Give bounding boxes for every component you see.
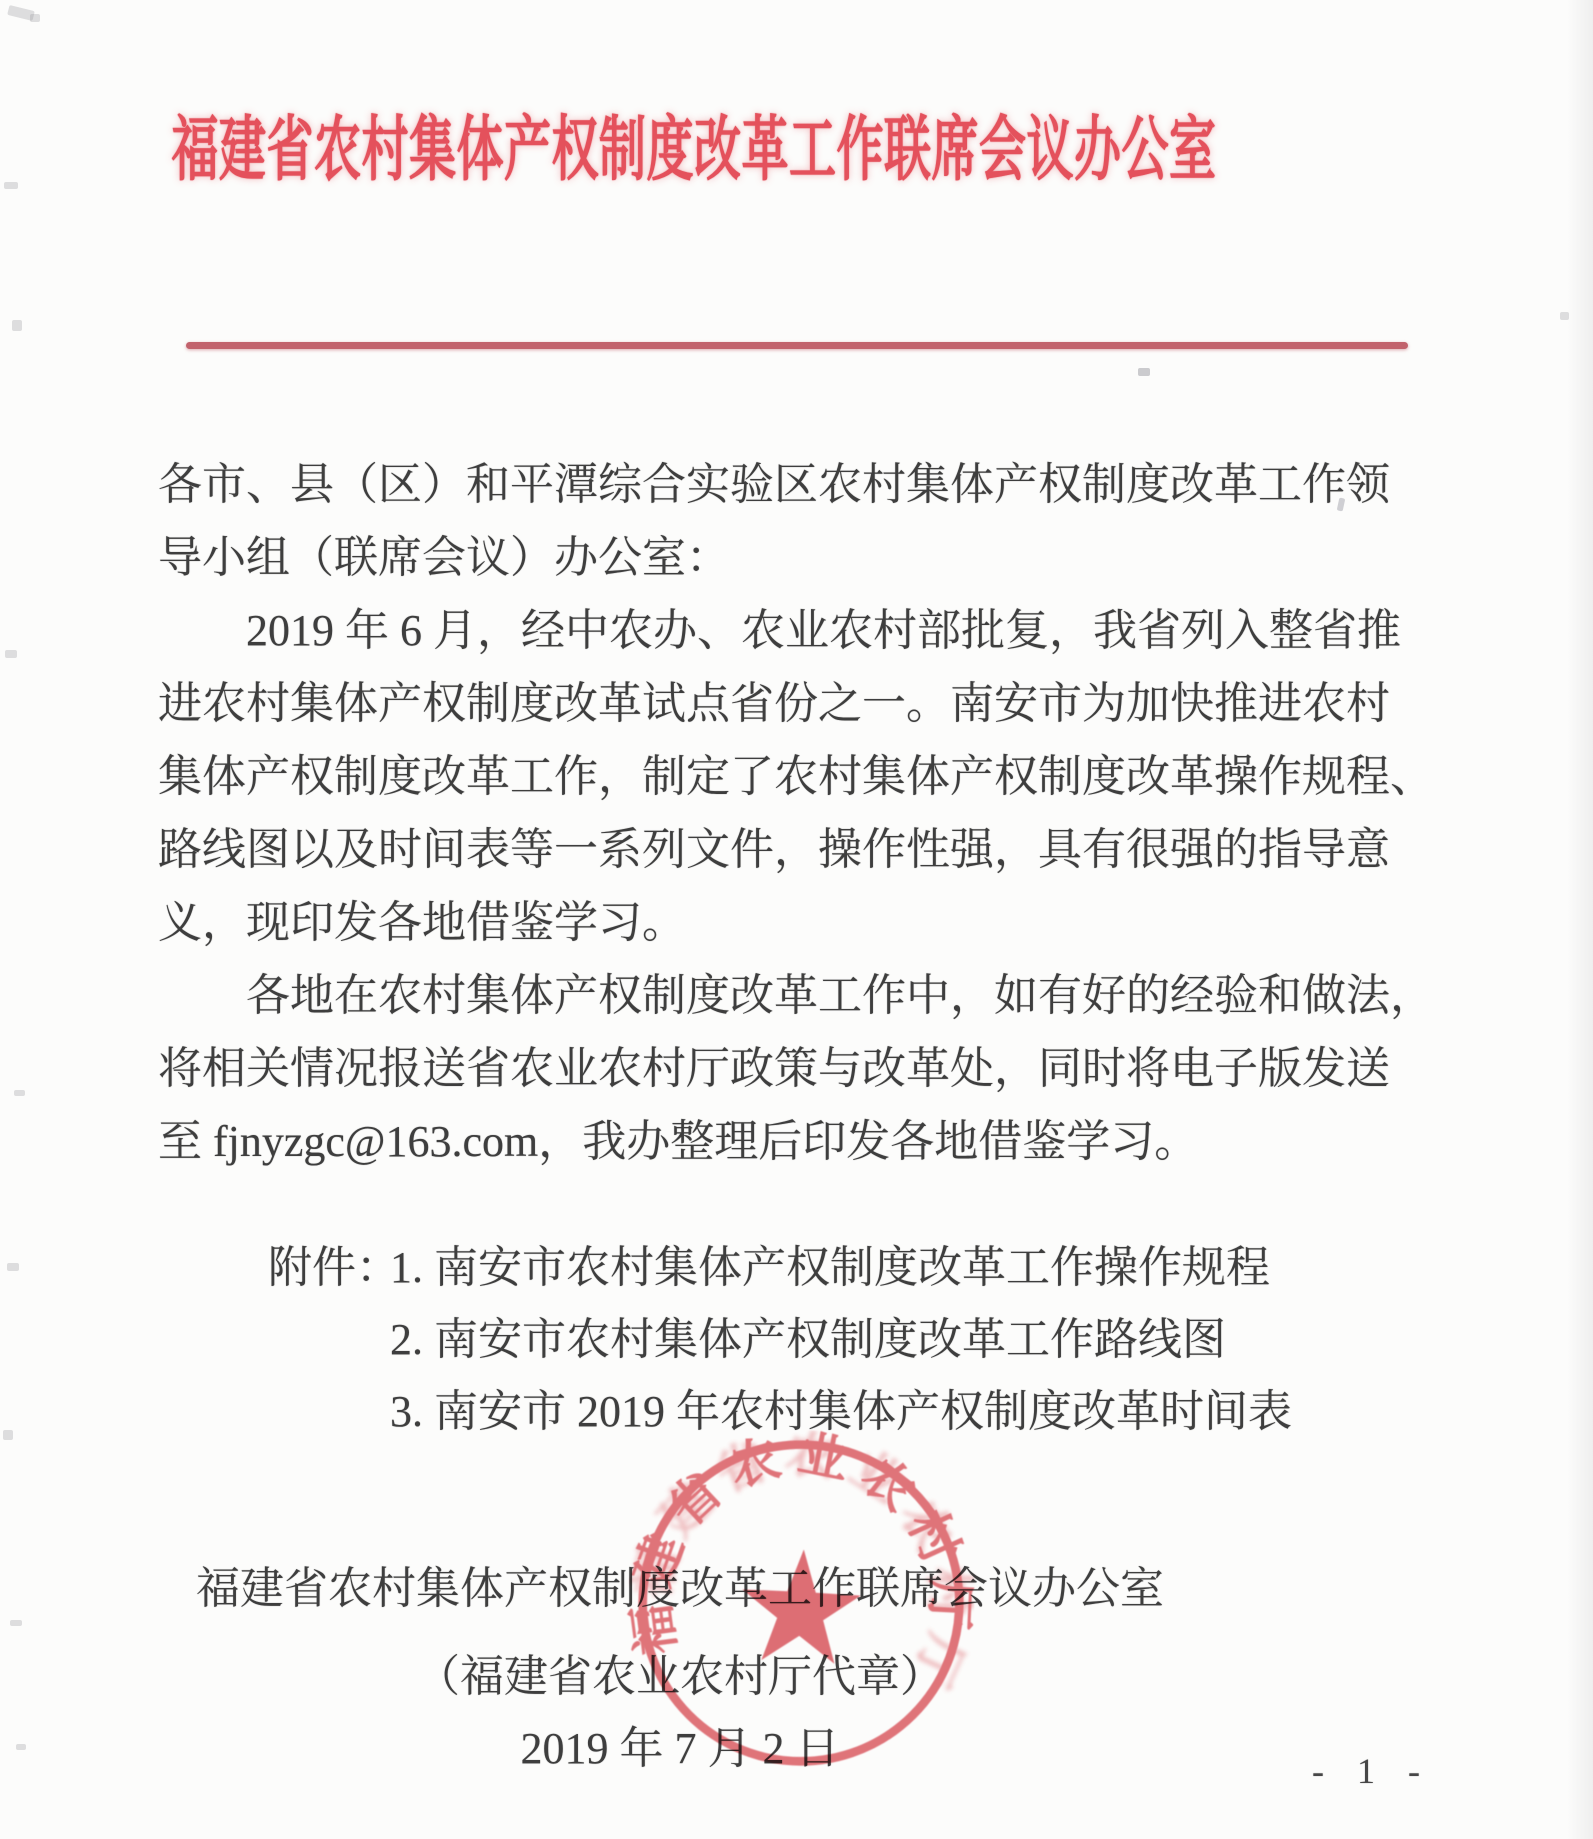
header-rule — [186, 342, 1408, 349]
body-line: 进农村集体产权制度改革试点省份之一。南安市为加快推进农村 — [158, 667, 1408, 740]
attachment-row: 附件：1. 南安市农村集体产权制度改革工作操作规程 — [268, 1232, 1418, 1304]
body-line: 集体产权制度改革工作，制定了农村集体产权制度改革操作规程、 — [158, 740, 1408, 813]
body-line: 路线图以及时间表等一系列文件，操作性强，具有很强的指导意 — [158, 813, 1408, 886]
scan-smudge — [30, 14, 40, 22]
stamp-circular-text: 福建省农业农村厅 — [619, 1421, 983, 1676]
attachments-section: 附件：1. 南安市农村集体产权制度改革工作操作规程 2. 南安市农村集体产权制度… — [268, 1232, 1418, 1448]
body-text: 各市、县（区）和平潭综合实验区农村集体产权制度改革工作领 导小组（联席会议）办公… — [158, 448, 1408, 1178]
body-line: 2019 年 6 月，经中农办、农业农村部批复，我省列入整省推 — [158, 594, 1408, 667]
attachment-item-3: 3. 南安市 2019 年农村集体产权制度改革时间表 — [390, 1387, 1292, 1436]
scanned-document-page: 福建省农村集体产权制度改革工作联席会议办公室 各市、县（区）和平潭综合实验区农村… — [0, 0, 1593, 1839]
attachment-row: 2. 南安市农村集体产权制度改革工作路线图 — [268, 1304, 1418, 1376]
scan-smudge — [7, 1263, 19, 1271]
star-icon — [739, 1546, 863, 1665]
body-line: 至 fjnyzgc@163.com，我办整理后印发各地借鉴学习。 — [158, 1105, 1408, 1178]
document-header-title: 福建省农村集体产权制度改革工作联席会议办公室 — [168, 94, 1220, 195]
attachment-item-2: 2. 南安市农村集体产权制度改革工作路线图 — [390, 1315, 1226, 1364]
attachments-label: 附件： — [268, 1232, 390, 1304]
body-line: 义，现印发各地借鉴学习。 — [158, 886, 1408, 959]
scan-smudge — [16, 1744, 26, 1750]
scan-smudge — [1138, 368, 1150, 376]
scan-smudge — [10, 1620, 22, 1626]
body-line: 各市、县（区）和平潭综合实验区农村集体产权制度改革工作领 — [158, 448, 1408, 521]
scan-smudge — [3, 1430, 13, 1440]
scan-smudge — [14, 1090, 25, 1096]
scan-edge-shadow — [1567, 0, 1593, 1839]
scan-smudge — [5, 650, 17, 658]
scan-smudge — [12, 320, 22, 331]
page-number: - 1 - — [1312, 1750, 1472, 1792]
body-line: 导小组（联席会议）办公室： — [158, 521, 1408, 594]
scan-smudge — [4, 182, 18, 189]
official-seal-stamp: 福建省农业农村厅 福建省农业农村厅 — [619, 1421, 983, 1785]
attachment-item-1: 1. 南安市农村集体产权制度改革工作操作规程 — [390, 1243, 1270, 1292]
body-line: 将相关情况报送省农业农村厅政策与改革处，同时将电子版发送 — [158, 1032, 1408, 1105]
body-line: 各地在农村集体产权制度改革工作中，如有好的经验和做法， — [158, 959, 1408, 1032]
